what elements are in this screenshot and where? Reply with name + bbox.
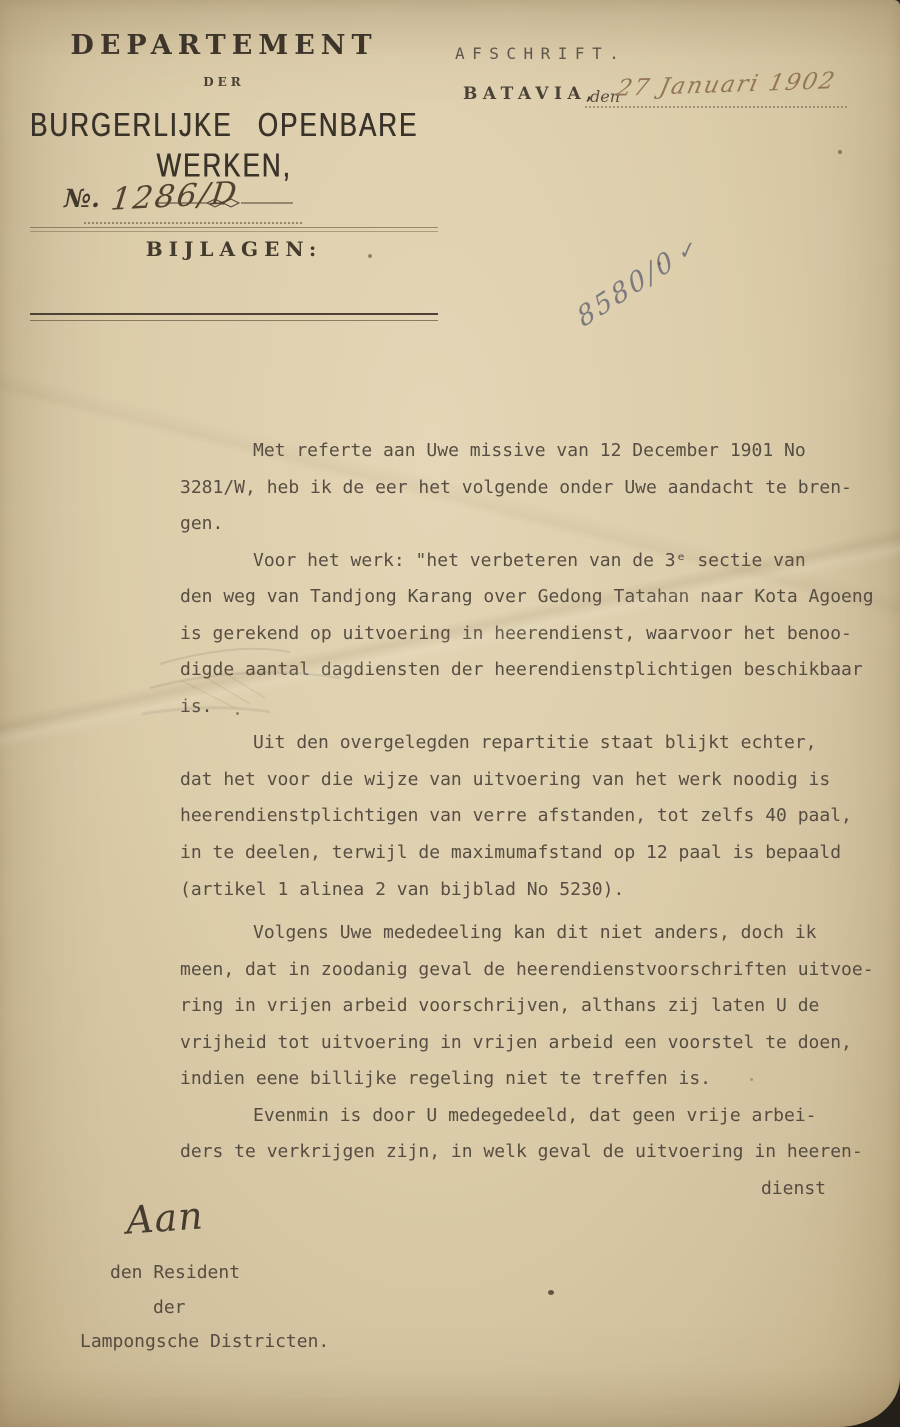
office-title: BURGERLIJKE OPENBARE WERKEN,	[18, 105, 430, 186]
body-line: indien eene billijke regeling niet te tr…	[180, 1061, 868, 1098]
paragraph-5: Evenmin is door U medegedeeld, dat geen …	[180, 1098, 868, 1171]
address-line: Lampongsche Districten.	[80, 1331, 329, 1352]
body-line: den weg van Tandjong Karang over Gedong …	[180, 579, 868, 616]
department-title: DEPARTEMENT	[18, 30, 430, 61]
body-line: digde aantal dagdiensten der heerendiens…	[180, 652, 868, 689]
address-line: der	[153, 1297, 186, 1318]
body-line: ring in vrijen arbeid voorschrijven, alt…	[180, 988, 868, 1025]
paragraph-3: Uit den overgelegden repartitie staat bl…	[180, 725, 868, 908]
body-line: gen.	[180, 506, 868, 543]
paragraph-4: Volgens Uwe mededeeling kan dit niet and…	[180, 915, 868, 1098]
body-line: 3281/W, heb ik de eer het volgende onder…	[180, 470, 868, 507]
divider-rule-thin	[30, 227, 438, 232]
body-line: meen, dat in zoodanig geval de heerendie…	[180, 952, 868, 989]
paper-speck	[236, 712, 239, 715]
body-line: Evenmin is door U medegedeeld, dat geen …	[180, 1098, 868, 1135]
salutation-aan: Aan	[125, 1193, 205, 1242]
pencil-annotation: 8580/0✓	[573, 229, 704, 334]
body-line: dat het voor die wijze van uitvoering va…	[180, 762, 868, 799]
body-line: Uit den overgelegden repartitie staat bl…	[180, 725, 868, 762]
body-line: is.	[180, 689, 868, 726]
catchword: dienst	[180, 1171, 868, 1208]
body-line: Met referte aan Uwe missive van 12 Decem…	[180, 433, 868, 470]
number-dotted-line	[84, 186, 302, 224]
body-line: Volgens Uwe mededeeling kan dit niet and…	[180, 915, 868, 952]
body-line: ders te verkrijgen zijn, in welk geval d…	[180, 1134, 868, 1171]
check-mark-icon: ✓	[677, 235, 701, 266]
body-line: Voor het werk: "het verbeteren van de 3ᵉ…	[180, 543, 868, 580]
place-label: BATAVIA,	[463, 84, 598, 104]
department-der: DER	[18, 75, 430, 89]
body-line: heerendienstplichtigen van verre afstand…	[180, 798, 868, 835]
paper-speck	[750, 1078, 753, 1081]
body-line: is gerekend op uitvoering in heerendiens…	[180, 616, 868, 653]
body-line: vrijheid tot uitvoering in vrijen arbeid…	[180, 1025, 868, 1062]
address-line: den Resident	[110, 1262, 240, 1283]
letter-body: Met referte aan Uwe missive van 12 Decem…	[180, 433, 868, 1207]
pencil-number: 8580/0	[573, 244, 681, 334]
body-line: in te deelen, terwijl de maximumafstand …	[180, 835, 868, 872]
paragraph-2: Voor het werk: "het verbeteren van de 3ᵉ…	[180, 543, 868, 726]
body-line: (artikel 1 alinea 2 van bijblad No 5230)…	[180, 872, 868, 909]
divider-rule-thick	[30, 313, 438, 321]
bijlagen-label: BIJLAGEN:	[30, 237, 438, 261]
paper-speck	[658, 262, 661, 265]
paragraph-1: Met referte aan Uwe missive van 12 Decem…	[180, 433, 868, 543]
paper-speck	[838, 150, 842, 154]
paper-speck	[368, 254, 372, 258]
paper-speck	[548, 1290, 554, 1295]
letter-page: DEPARTEMENT DER BURGERLIJKE OPENBARE WER…	[0, 0, 900, 1427]
afschrift-label: AFSCHRIFT.	[455, 44, 626, 63]
